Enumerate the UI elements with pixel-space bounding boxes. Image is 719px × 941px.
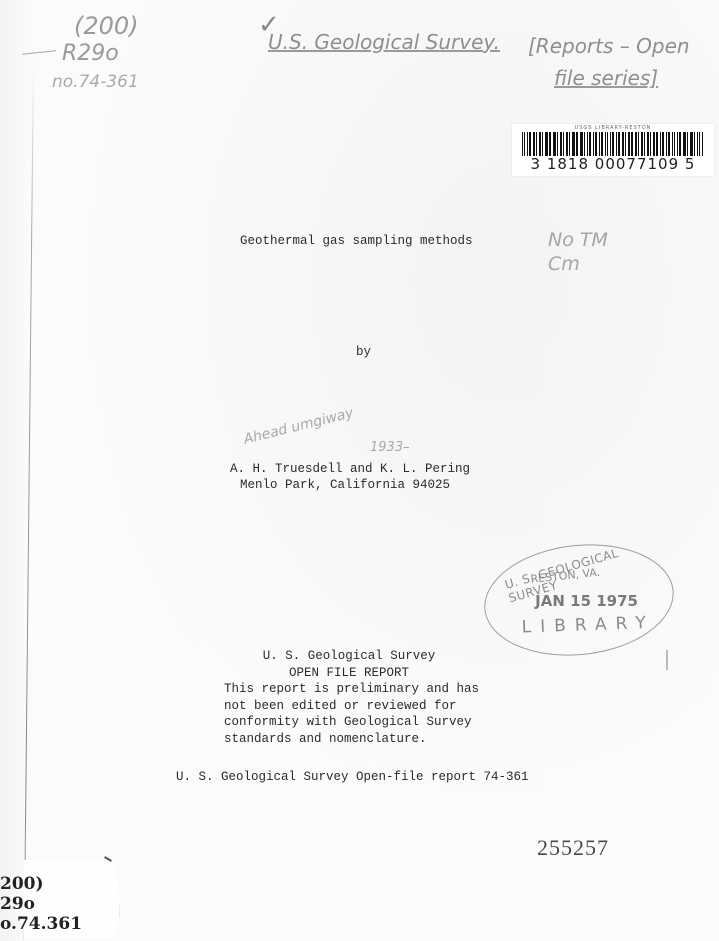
barcode-bar <box>589 132 591 156</box>
barcode-bar <box>576 132 578 156</box>
barcode-bar <box>542 132 543 156</box>
stamp-date: JAN 15 1975 <box>535 592 638 610</box>
barcode-icon <box>522 132 704 156</box>
spine-label-text: 200)29oo.74.361 <box>0 874 82 934</box>
barcode-bar <box>549 132 551 156</box>
barcode-number: 3 1818 00077109 5 <box>512 155 714 173</box>
barcode-bar <box>641 132 643 156</box>
stamp-label: LIBRARY <box>521 613 655 638</box>
barcode-bar <box>618 132 620 156</box>
call-number-line-3: no.74-361 <box>52 68 139 96</box>
barcode-bar <box>601 132 603 156</box>
barcode-bar <box>560 132 562 156</box>
spine-label-line-2: 29o <box>0 894 82 914</box>
barcode-bar <box>584 132 585 156</box>
barcode-bar <box>631 132 633 156</box>
document-authors: A. H. Truesdell and K. L. Pering <box>230 462 470 476</box>
handwritten-series-note: U.S. Geological Survey. <box>268 30 500 54</box>
barcode-bar <box>679 132 681 156</box>
barcode-bar <box>656 132 658 156</box>
barcode-bar <box>529 132 531 156</box>
barcode-bar <box>674 132 675 156</box>
handwritten-call-number: (200) R29o no.74-361 <box>52 12 139 96</box>
library-barcode-label: USGS LIBRARY-RESTON 3 1818 00077109 5 <box>512 124 714 176</box>
barcode-bar <box>699 132 700 156</box>
handwritten-year-note: 1933– <box>370 440 410 455</box>
barcode-bar <box>683 132 686 156</box>
barcode-bar <box>563 132 564 156</box>
barcode-bar <box>566 132 568 156</box>
barcode-bar <box>599 132 600 156</box>
no-tm-line-1: No TM <box>548 228 608 252</box>
barcode-bar <box>635 132 637 156</box>
barcode-bar <box>647 132 649 156</box>
accession-number: 255257 <box>537 835 609 861</box>
byline-by: by <box>356 345 371 359</box>
series-bracket-line-2: file series] <box>554 62 690 94</box>
notice-line: This report is preliminary and has <box>224 681 479 698</box>
paper-edge-mark <box>666 650 668 670</box>
series-bracket-line-1: [Reports – Open <box>528 30 690 62</box>
barcode-caption: USGS LIBRARY-RESTON <box>512 125 714 131</box>
barcode-bar <box>593 132 594 156</box>
report-number-line: U. S. Geological Survey Open-file report… <box>176 770 529 784</box>
notice-report-type: OPEN FILE REPORT <box>224 665 474 682</box>
notice-agency: U. S. Geological Survey <box>224 648 474 665</box>
barcode-bar <box>607 132 608 156</box>
barcode-bar <box>666 132 667 156</box>
call-number-line-1: (200) <box>74 12 139 40</box>
barcode-bar <box>587 132 588 156</box>
barcode-bar <box>545 132 548 156</box>
barcode-bar <box>687 132 688 156</box>
barcode-bar <box>653 132 655 156</box>
barcode-bar <box>694 132 695 156</box>
barcode-bar <box>697 132 698 156</box>
barcode-bar <box>677 132 678 156</box>
document-title: Geothermal gas sampling methods <box>240 234 473 248</box>
barcode-bar <box>580 132 583 156</box>
barcode-bar <box>625 132 626 156</box>
barcode-bar <box>572 132 575 156</box>
handwritten-series-bracket: [Reports – Open file series] <box>528 30 690 94</box>
barcode-bar <box>622 132 624 156</box>
barcode-bar <box>569 132 570 156</box>
author-address: Menlo Park, California 94025 <box>240 478 450 492</box>
barcode-bar <box>557 132 558 156</box>
barcode-bar <box>628 132 630 156</box>
barcode-bar <box>616 132 617 156</box>
barcode-bar <box>650 132 651 156</box>
barcode-bar <box>536 132 537 156</box>
barcode-bar <box>668 132 670 156</box>
barcode-bar <box>644 132 645 156</box>
barcode-bar <box>595 132 597 156</box>
barcode-bar <box>539 132 541 156</box>
open-file-notice: U. S. Geological Survey OPEN FILE REPORT… <box>224 648 479 747</box>
barcode-bar <box>605 132 606 156</box>
barcode-bar <box>702 132 703 156</box>
barcode-bar <box>527 132 528 156</box>
barcode-bar <box>690 132 693 156</box>
barcode-bar <box>672 132 673 156</box>
series-note-agency: U.S. Geological Survey. <box>268 30 500 54</box>
notice-line: standards and nomenclature. <box>224 731 479 748</box>
call-number-line-2: R29o <box>62 40 139 68</box>
barcode-bar <box>610 132 611 156</box>
no-tm-line-2: Cm <box>548 252 608 276</box>
barcode-bar <box>524 132 525 156</box>
barcode-bar <box>638 132 639 156</box>
spine-label-line-3: o.74.361 <box>0 914 82 934</box>
barcode-bar <box>533 132 535 156</box>
barcode-bar <box>662 132 664 156</box>
spine-label-line-1: 200) <box>0 874 82 894</box>
barcode-bar <box>522 132 523 156</box>
handwritten-no-tm-note: No TM Cm <box>548 228 608 276</box>
notice-line: not been edited or reviewed for <box>224 698 479 715</box>
barcode-bar <box>660 132 661 156</box>
notice-line: conformity with Geological Survey <box>224 714 479 731</box>
barcode-bar <box>553 132 556 156</box>
barcode-bar <box>612 132 614 156</box>
